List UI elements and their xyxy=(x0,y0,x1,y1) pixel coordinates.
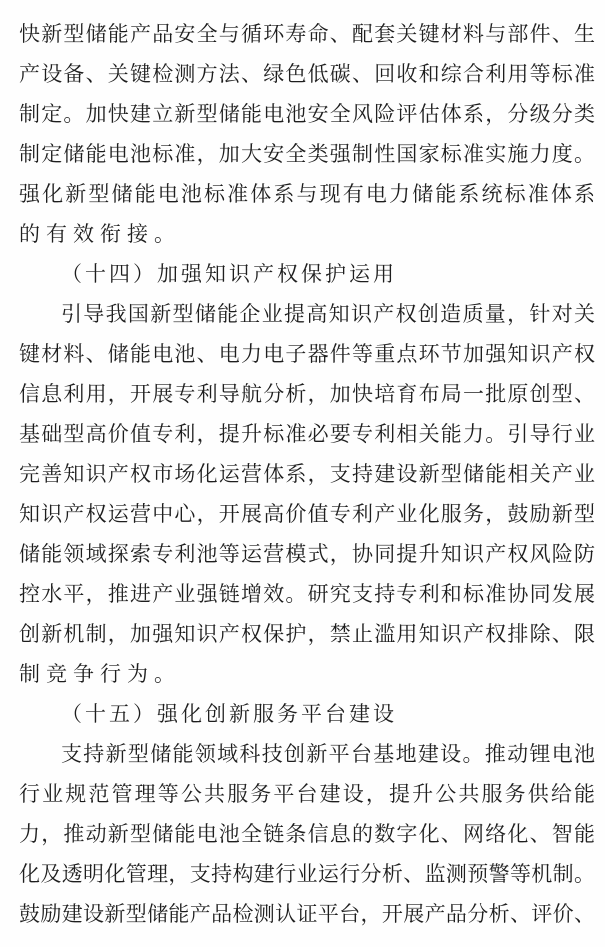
paragraph-end-line: 的有效衔接。 xyxy=(19,214,595,254)
text-line: 知识产权运营中心，开展高价值专利产业化服务，鼓励新型 xyxy=(19,494,595,534)
text-line: 力，推动新型储能电池全链条信息的数字化、网络化、智能 xyxy=(19,814,595,854)
text-line: 鼓励建设新型储能产品检测认证平台，开展产品分析、评价、 xyxy=(19,894,595,934)
text-line: 基础型高价值专利，提升标准必要专利相关能力。引导行业 xyxy=(19,414,595,454)
text-line: 信息利用，开展专利导航分析，加快培育布局一批原创型、 xyxy=(19,374,595,414)
text-line: 键材料、储能电池、电力电子器件等重点环节加强知识产权 xyxy=(19,334,595,374)
text-line: 制定。加快建立新型储能电池安全风险评估体系，分级分类 xyxy=(19,94,595,134)
text-line: 产设备、关键检测方法、绿色低碳、回收和综合利用等标准 xyxy=(19,54,595,94)
text-line: 化及透明化管理，支持构建行业运行分析、监测预警等机制。 xyxy=(19,854,595,894)
document-text-block: 快新型储能产品安全与循环寿命、配套关键材料与部件、生产设备、关键检测方法、绿色低… xyxy=(19,14,595,934)
text-line: 强化新型储能电池标准体系与现有电力储能系统标准体系 xyxy=(19,174,595,214)
text-line: 制定储能电池标准，加大安全类强制性国家标准实施力度。 xyxy=(19,134,595,174)
paragraph-end-line: 制竞争行为。 xyxy=(19,654,595,694)
text-line: 行业规范管理等公共服务平台建设，提升公共服务供给能 xyxy=(19,774,595,814)
text-line: 完善知识产权市场化运营体系，支持建设新型储能相关产业 xyxy=(19,454,595,494)
text-line: 创新机制，加强知识产权保护，禁止滥用知识产权排除、限 xyxy=(19,614,595,654)
text-line: 支持新型储能领域科技创新平台基地建设。推动锂电池 xyxy=(19,734,595,774)
text-line: 控水平，推进产业强链增效。研究支持专利和标准协同发展 xyxy=(19,574,595,614)
section-15-heading: （十五）强化创新服务平台建设 xyxy=(19,694,595,734)
text-line: 引导我国新型储能企业提高知识产权创造质量，针对关 xyxy=(19,294,595,334)
section-14-heading: （十四）加强知识产权保护运用 xyxy=(19,254,595,294)
text-line: 储能领域探索专利池等运营模式，协同提升知识产权风险防 xyxy=(19,534,595,574)
text-line: 快新型储能产品安全与循环寿命、配套关键材料与部件、生 xyxy=(19,14,595,54)
document-page: 快新型储能产品安全与循环寿命、配套关键材料与部件、生产设备、关键检测方法、绿色低… xyxy=(0,0,605,947)
